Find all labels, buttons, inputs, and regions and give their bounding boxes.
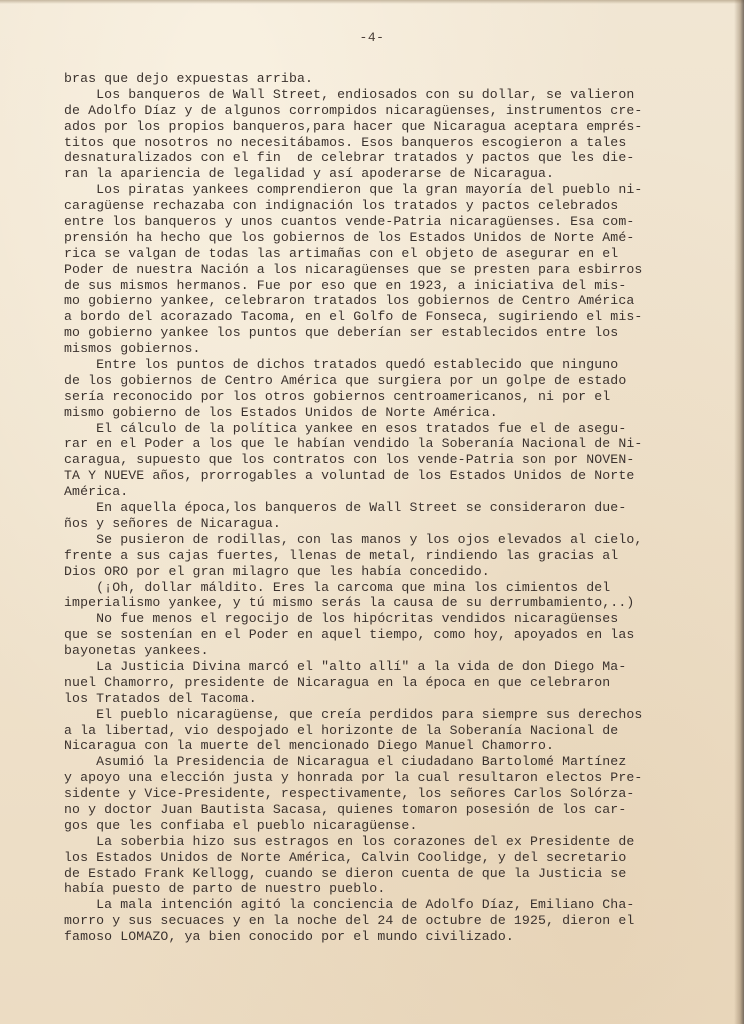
text-line: y apoyo una elección justa y honrada por… bbox=[64, 770, 704, 786]
text-line: a la libertad, vio despojado el horizont… bbox=[64, 723, 704, 739]
text-line: rica se valgan de todas las artimañas co… bbox=[64, 246, 704, 262]
text-line: no y doctor Juan Bautista Sacasa, quiene… bbox=[64, 802, 704, 818]
text-line: Nicaragua con la muerte del mencionado D… bbox=[64, 738, 704, 754]
typewritten-page: -4- bras que dejo expuestas arriba. Los … bbox=[0, 0, 744, 1024]
text-line: Poder de nuestra Nación a los nicaragüen… bbox=[64, 262, 704, 278]
text-line: En aquella época,los banqueros de Wall S… bbox=[64, 500, 704, 516]
text-line: de Estado Frank Kellogg, cuando se diero… bbox=[64, 866, 704, 882]
text-line: de sus mismos hermanos. Fue por eso que … bbox=[64, 278, 704, 294]
text-line: los Estados Unidos de Norte América, Cal… bbox=[64, 850, 704, 866]
text-line: mo gobierno yankee, celebraron tratados … bbox=[64, 293, 704, 309]
text-line: sidente y Vice-Presidente, respectivamen… bbox=[64, 786, 704, 802]
text-line: El pueblo nicaragüense, que creía perdid… bbox=[64, 707, 704, 723]
text-line: bayonetas yankees. bbox=[64, 643, 704, 659]
text-line: Entre los puntos de dichos tratados qued… bbox=[64, 357, 704, 373]
paper-top-edge bbox=[0, 0, 744, 4]
body-text: bras que dejo expuestas arriba. Los banq… bbox=[64, 71, 704, 945]
text-line: La mala intención agitó la conciencia de… bbox=[64, 897, 704, 913]
text-line: morro y sus secuaces y en la noche del 2… bbox=[64, 913, 704, 929]
text-line: de Adolfo Díaz y de algunos corrompidos … bbox=[64, 103, 704, 119]
text-line: mo gobierno yankee los puntos que deberí… bbox=[64, 325, 704, 341]
text-line: La Justicia Divina marcó el "alto allí" … bbox=[64, 659, 704, 675]
text-line: (¡Oh, dollar máldito. Eres la carcoma qu… bbox=[64, 580, 704, 596]
text-line: titos que nosotros no necesitábamos. Eso… bbox=[64, 135, 704, 151]
text-line: prensión ha hecho que los gobiernos de l… bbox=[64, 230, 704, 246]
text-line: frente a sus cajas fuertes, llenas de me… bbox=[64, 548, 704, 564]
text-line: ños y señores de Nicaragua. bbox=[64, 516, 704, 532]
paper-right-edge bbox=[734, 0, 744, 1024]
text-line: famoso LOMAZO, ya bien conocido por el m… bbox=[64, 929, 704, 945]
text-line: rar en el Poder a los que le habían vend… bbox=[64, 436, 704, 452]
text-line: gos que les confiaba el pueblo nicaragüe… bbox=[64, 818, 704, 834]
text-line: mismo gobierno de los Estados Unidos de … bbox=[64, 405, 704, 421]
text-line: América. bbox=[64, 484, 704, 500]
text-line: desnaturalizados con el fin de celebrar … bbox=[64, 150, 704, 166]
text-line: El cálculo de la política yankee en esos… bbox=[64, 421, 704, 437]
text-line: mismos gobiernos. bbox=[64, 341, 704, 357]
text-line: nuel Chamorro, presidente de Nicaragua e… bbox=[64, 675, 704, 691]
page-number: -4- bbox=[0, 30, 744, 45]
text-line: los Tratados del Tacoma. bbox=[64, 691, 704, 707]
text-line: caragua, supuesto que los contratos con … bbox=[64, 452, 704, 468]
text-line: entre los banqueros y unos cuantos vende… bbox=[64, 214, 704, 230]
text-line: ran la apariencia de legalidad y así apo… bbox=[64, 166, 704, 182]
text-line: TA Y NUEVE años, prorrogables a voluntad… bbox=[64, 468, 704, 484]
text-line: sería reconocido por los otros gobiernos… bbox=[64, 389, 704, 405]
text-line: Se pusieron de rodillas, con las manos y… bbox=[64, 532, 704, 548]
text-line: bras que dejo expuestas arriba. bbox=[64, 71, 704, 87]
text-line: caragüense rechazaba con indignación los… bbox=[64, 198, 704, 214]
text-line: Dios ORO por el gran milagro que les hab… bbox=[64, 564, 704, 580]
text-line: La soberbia hizo sus estragos en los cor… bbox=[64, 834, 704, 850]
text-line: Los piratas yankees comprendieron que la… bbox=[64, 182, 704, 198]
text-line: ados por los propios banqueros,para hace… bbox=[64, 119, 704, 135]
text-line: Los banqueros de Wall Street, endiosados… bbox=[64, 87, 704, 103]
text-line: No fue menos el regocijo de los hipócrit… bbox=[64, 611, 704, 627]
text-line: que se sostenían en el Poder en aquel ti… bbox=[64, 627, 704, 643]
text-line: a bordo del acorazado Tacoma, en el Golf… bbox=[64, 309, 704, 325]
text-line: había puesto de parto de nuestro pueblo. bbox=[64, 881, 704, 897]
text-line: Asumió la Presidencia de Nicaragua el ci… bbox=[64, 754, 704, 770]
text-line: de los gobiernos de Centro América que s… bbox=[64, 373, 704, 389]
text-line: imperialismo yankee, y tú mismo serás la… bbox=[64, 595, 704, 611]
